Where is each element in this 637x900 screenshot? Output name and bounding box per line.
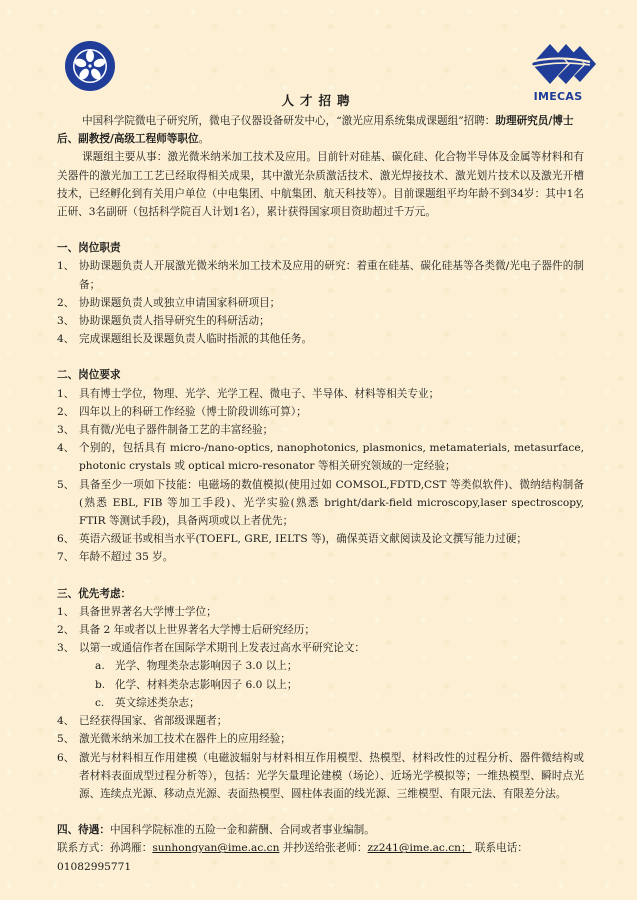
list-item: 7、年龄不超过 35 岁。: [57, 548, 584, 566]
section-heading-preferences: 三、优先考虑：: [57, 585, 584, 603]
list-item: 1、协助课题负责人开展激光微米纳米加工技术及应用的研究：着重在硅基、碳化硅基等各…: [57, 257, 584, 293]
imecas-emblem-icon: [518, 40, 598, 88]
list-item: 2、具备 2 年或者以上世界著名大学博士后研究经历；: [57, 621, 584, 639]
list-item: 1、具备世界著名大学博士学位；: [57, 603, 584, 621]
sub-list-item: a.光学、物理类杂志影响因子 3.0 以上；: [57, 657, 584, 675]
list-item: 2、协助课题负责人或独立申请国家科研项目；: [57, 294, 584, 312]
section-heading-requirements: 二、岗位要求: [57, 366, 584, 384]
list-item: 5、具备至少一项如下技能：电磁场的数值模拟(使用过如 COMSOL,FDTD,C…: [57, 476, 584, 531]
phone-number: 01082995771: [57, 861, 131, 873]
contact-line: 联系方式：孙鸿雁：sunhongyan@ime.ac.cn 并抄送给张老师：zz…: [57, 839, 584, 875]
cas-logo-icon: [64, 40, 116, 92]
list-item: 2、四年以上的科研工作经验（博士阶段训练可算）；: [57, 403, 584, 421]
email-link-sun[interactable]: sunhongyan@ime.ac.cn: [152, 842, 279, 854]
list-item: 3、以第一或通信作者在国际学术期刊上发表过高水平研究论文：: [57, 639, 584, 657]
list-item: 4、个别的，包括具有 micro-/nano-optics, nanophoto…: [57, 439, 584, 475]
list-item: 3、具有微/光电子器件制备工艺的丰富经验；: [57, 421, 584, 439]
benefits-line: 四、待遇：中国科学院标准的五险一金和薪酬、合同或者事业编制。: [57, 821, 584, 839]
sub-list-item: c.英文综述类杂志；: [57, 694, 584, 712]
intro-paragraph-1: 中国科学院微电子研究所，微电子仪器设备研发中心，“激光应用系统集成课题组”招聘：…: [57, 112, 584, 148]
section-heading-duties: 一、岗位职责: [57, 239, 584, 257]
list-item: 4、已经获得国家、省部级课题者；: [57, 712, 584, 730]
list-item: 6、激光与材料相互作用建模（电磁波辐射与材料相互作用模型、热模型、材料改性的过程…: [57, 749, 584, 804]
list-item: 1、具有博士学位，物理、光学、光学工程、微电子、半导体、材料等相关专业；: [57, 385, 584, 403]
section-heading-benefits: 四、待遇：: [57, 824, 110, 836]
email-link-zhang[interactable]: zz241@ime.ac.cn；: [368, 842, 472, 854]
document-body: 中国科学院微电子研究所，微电子仪器设备研发中心，“激光应用系统集成课题组”招聘：…: [57, 112, 584, 876]
page-title: 人才招聘: [0, 91, 637, 109]
sub-list-item: b.化学、材料类杂志影响因子 6.0 以上；: [57, 676, 584, 694]
list-item: 4、完成课题组长及课题负责人临时指派的其他任务。: [57, 330, 584, 348]
recruitment-page: IMECAS 人才招聘 中国科学院微电子研究所，微电子仪器设备研发中心，“激光应…: [0, 0, 637, 900]
intro-paragraph-2: 课题组主要从事：激光微米纳米加工技术及应用。目前针对硅基、碳化硅、化合物半导体及…: [57, 148, 584, 221]
list-item: 6、英语六级证书或相当水平(TOEFL, GRE, IELTS 等)，确保英语文…: [57, 530, 584, 548]
list-item: 3、协助课题负责人指导研究生的科研活动；: [57, 312, 584, 330]
list-item: 5、激光微米纳米加工技术在器件上的应用经验；: [57, 730, 584, 748]
